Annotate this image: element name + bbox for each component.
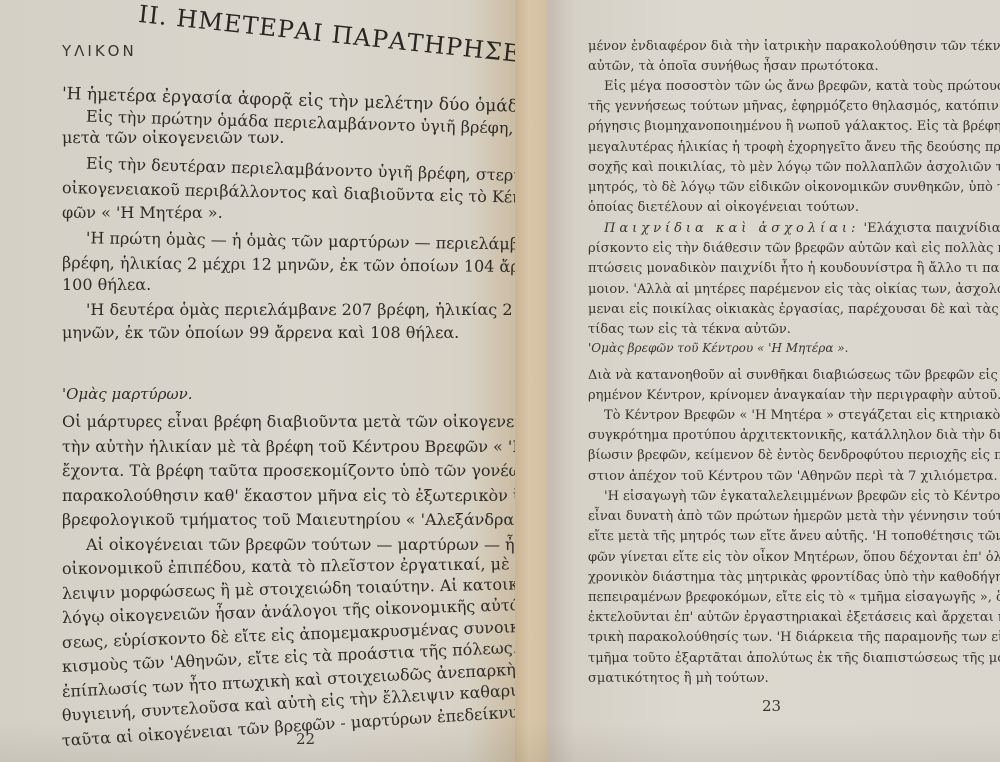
text-line: 'Η δευτέρα ὁμὰς περιελάμβανε 207 βρέφη, … bbox=[62, 297, 522, 322]
text-line: ὁποίας διετέλουν αἱ οἰκογένειαι τούτων. bbox=[588, 198, 998, 218]
text-line: βρέφη, ἡλικίας 2 μέχρι 12 μηνῶν, ἐκ τῶν … bbox=[62, 250, 522, 279]
text-line: τμῆμα τοῦτο ἐξαρτᾶται ἀπολύτως ἐκ τῆς δι… bbox=[588, 649, 998, 669]
text-line: παρακολούθησιν καθ' ἕκαστον μῆνα εἰς τὸ … bbox=[62, 484, 522, 509]
text-line: τρικὴ παρακολούθησίς των. 'Η διάρκεια τῆ… bbox=[588, 628, 998, 648]
text-line: σοχῆς καὶ ποικιλίας, τὸ μὲν λόγῳ τῶν πολ… bbox=[588, 158, 998, 178]
text-line: ρημένον Κέντρον, κρίνομεν ἀναγκαίαν τὴν … bbox=[588, 386, 998, 406]
page-number-right: 23 bbox=[762, 697, 781, 715]
text-line: Εἰς μέγα ποσοστὸν τῶν ὡς ἄνω βρεφῶν, κατ… bbox=[588, 77, 998, 97]
body-text: Οἱ μάρτυρες εἶναι βρέφη διαβιοῦντα μετὰ … bbox=[62, 410, 522, 753]
section-heading: ΥΛΙΚΟΝ bbox=[62, 42, 137, 60]
text-line: Παιχνίδια καὶ ἀσχολίαι: 'Ελάχιστα παιχνί… bbox=[588, 219, 998, 239]
text-line: Οἱ μάρτυρες εἶναι βρέφη διαβιοῦντα μετὰ … bbox=[62, 410, 522, 435]
text-fragment: 'Ελάχιστα παιχνίδια εὑ- bbox=[859, 221, 1000, 236]
text-line: εἴτε μετὰ τῆς μητρός των εἴτε ἄνευ αὐτῆς… bbox=[588, 527, 998, 547]
text-line: στιον ἀπέχον τοῦ Κέντρου τῶν 'Αθηνῶν περ… bbox=[588, 467, 998, 487]
text-line: Τὸ Κέντρον Βρεφῶν « 'Η Μητέρα » στεγάζετ… bbox=[588, 406, 998, 426]
text-line: ρίσκοντο εἰς τὴν διάθεσιν τῶν βρεφῶν αὐτ… bbox=[588, 239, 998, 259]
intro-text: 'Η ἡμετέρα ἐργασία ἀφορᾷ εἰς τὴν μελέτην… bbox=[62, 82, 522, 345]
text-line: εἶναι δυνατὴ ἀπὸ τῶν πρώτων ἡμερῶν μετὰ … bbox=[588, 507, 998, 527]
text-line: μητρός, τὸ δὲ λόγῳ τῶν εἰδικῶν οἰκονομικ… bbox=[588, 178, 998, 198]
paragraph-6: 'Η εἰσαγωγὴ τῶν ἐγκαταλελειμμένων βρεφῶν… bbox=[588, 487, 998, 689]
text-line: τῆς γεννήσεως τούτων μῆνας, ἐφηρμόζετο θ… bbox=[588, 97, 998, 117]
paragraph-4: Διὰ νὰ κατανοηθοῦν αἱ συνθῆκαι διαβιώσεω… bbox=[588, 366, 998, 406]
text-line: μηνῶν, ἐκ τῶν ὁποίων 99 ἄρρενα καὶ 108 θ… bbox=[62, 320, 522, 345]
text-line: 'Η εἰσαγωγὴ τῶν ἐγκαταλελειμμένων βρεφῶν… bbox=[588, 487, 998, 507]
chapter-title: II. ΗΜΕΤΕΡΑΙ ΠΑΡΑΤΗΡΗΣΕΙΣ bbox=[137, 0, 530, 71]
subheading-control-group: 'Ομὰς μαρτύρων. bbox=[62, 382, 522, 407]
text-line: φῶν γίνεται εἴτε εἰς τὸν οἶκον Μητέρων, … bbox=[588, 548, 998, 568]
book-spread: II. ΗΜΕΤΕΡΑΙ ΠΑΡΑΤΗΡΗΣΕΙΣ ΥΛΙΚΟΝ 'Η ἡμετ… bbox=[0, 0, 1000, 762]
text-line: πεπειραμένων βρεφοκόμων, εἴτε εἰς τὸ « τ… bbox=[588, 588, 998, 608]
text-line: βρεφολογικοῦ τμήματος τοῦ Μαιευτηρίου « … bbox=[62, 508, 522, 533]
page-number-left: 22 bbox=[296, 730, 315, 748]
subheading-center-group: 'Ομὰς βρεφῶν τοῦ Κέντρου « 'Η Μητέρα ». bbox=[588, 338, 998, 358]
text-line: συγκρότημα προτύπου ἀρχιτεκτονικῆς, κατά… bbox=[588, 426, 998, 446]
right-page: μένον ἐνδιαφέρον διὰ τὴν ἰατρικὴν παρακο… bbox=[548, 0, 1000, 762]
text-line: σματικότητος ἢ μὴ τούτων. bbox=[588, 669, 998, 689]
text-line: τὴν αὐτὴν ἡλικίαν μὲ τὰ βρέφη τοῦ Κέντρο… bbox=[62, 435, 522, 460]
text-line: μεγαλυτέρας ἡλικίας ἡ τροφὴ ἐχορηγεῖτο ἄ… bbox=[588, 138, 998, 158]
text-line: πτώσεις μοναδικὸν παιχνίδι ἦτο ἡ κουδουν… bbox=[588, 259, 998, 279]
text-line: μεναι εἰς ποικίλας οἰκιακὰς ἐργασίας, πα… bbox=[588, 300, 998, 320]
paragraph-3: Παιχνίδια καὶ ἀσχολίαι: 'Ελάχιστα παιχνί… bbox=[588, 219, 998, 340]
paragraph-5: Τὸ Κέντρον Βρεφῶν « 'Η Μητέρα » στεγάζετ… bbox=[588, 406, 998, 487]
text-line: Διὰ νὰ κατανοηθοῦν αἱ συνθῆκαι διαβιώσεω… bbox=[588, 366, 998, 386]
text-line: ἐκτελοῦνται ἐπ' αὐτῶν ἐργαστηριακαὶ ἐξετ… bbox=[588, 608, 998, 628]
text-line: αὐτῶν, τὰ ὁποῖα συνήθως ἦσαν πρωτότοκα. bbox=[588, 57, 998, 77]
left-page: II. ΗΜΕΤΕΡΑΙ ΠΑΡΑΤΗΡΗΣΕΙΣ ΥΛΙΚΟΝ 'Η ἡμετ… bbox=[0, 0, 530, 762]
paragraph-2: Εἰς μέγα ποσοστὸν τῶν ὡς ἄνω βρεφῶν, κατ… bbox=[588, 77, 998, 218]
text-line: μοιον. 'Αλλὰ αἱ μητέρες παρέμενον εἰς τὰ… bbox=[588, 280, 998, 300]
text-line: βίωσιν βρεφῶν, κείμενον δὲ ἐντὸς δενδροφ… bbox=[588, 446, 998, 466]
text-line: μένον ἐνδιαφέρον διὰ τὴν ἰατρικὴν παρακο… bbox=[588, 37, 998, 57]
text-line: χρονικὸν διάστημα τὰς μητρικὰς φροντίδας… bbox=[588, 568, 998, 588]
paragraph-1: μένον ἐνδιαφέρον διὰ τὴν ἰατρικὴν παρακο… bbox=[588, 37, 998, 77]
inline-heading-toys: Παιχνίδια καὶ ἀσχολίαι: bbox=[604, 221, 859, 236]
text-line: ρήγησις βιομηχανοποιημένου ἢ νωποῦ γάλακ… bbox=[588, 117, 998, 137]
text-line: ἔχοντα. Τὰ βρέφη ταῦτα προσεκομίζοντο ὑπ… bbox=[62, 459, 522, 484]
